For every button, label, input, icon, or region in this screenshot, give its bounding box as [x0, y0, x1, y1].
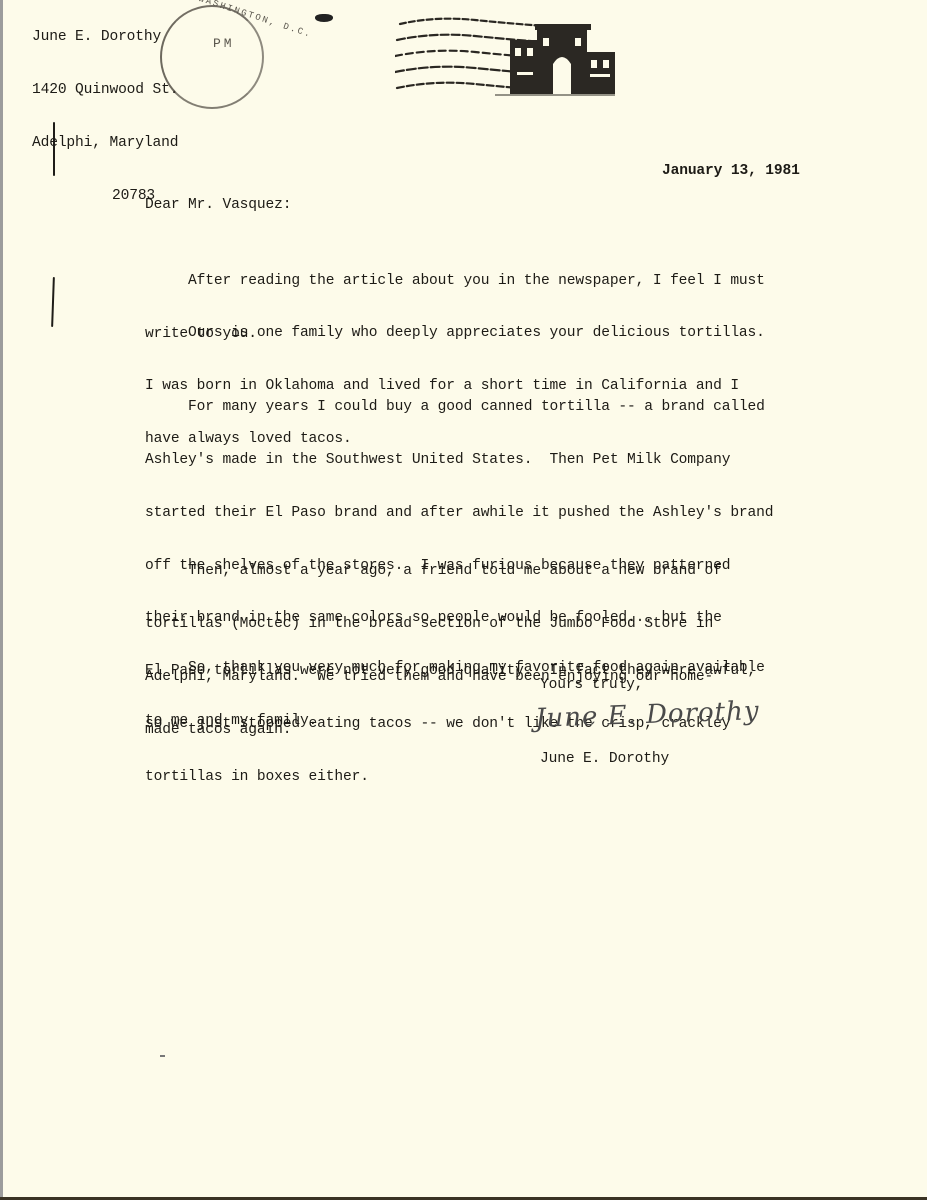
- page-left-edge: [0, 0, 3, 1200]
- return-address: June E. Dorothy 1420 Quinwood St. Adelph…: [32, 0, 178, 223]
- closing: Yours truly,: [540, 677, 643, 695]
- paragraph-line: Ours is one family who deeply appreciate…: [145, 325, 765, 343]
- building-cancellation-stamp-icon: [395, 12, 615, 97]
- letter-date: January 13, 1981: [662, 163, 800, 181]
- paragraph-line: tortillas in boxes either.: [145, 769, 773, 787]
- margin-mark: [53, 122, 55, 176]
- paper-speck: [160, 1055, 165, 1057]
- typed-signer-name: June E. Dorothy: [540, 751, 669, 769]
- margin-mark: [51, 277, 55, 327]
- paragraph-line: Then, almost a year ago, a friend told m…: [145, 563, 722, 581]
- salutation: Dear Mr. Vasquez:: [145, 197, 291, 215]
- postmark-circle-icon: [160, 5, 264, 109]
- return-address-street: 1420 Quinwood St.: [32, 82, 178, 100]
- paragraph-line: So, thank you very much for making my fa…: [145, 660, 765, 678]
- postmark-time: PM: [213, 36, 235, 51]
- paragraph-line: For many years I could buy a good canned…: [145, 399, 773, 417]
- ink-blot-mark: [315, 14, 333, 22]
- paragraph-line: After reading the article about you in t…: [145, 273, 765, 291]
- paragraph-5: So, thank you very much for making my fa…: [145, 625, 765, 748]
- paragraph-line: Ashley's made in the Southwest United St…: [145, 452, 773, 470]
- return-address-name: June E. Dorothy: [32, 29, 178, 47]
- paragraph-line: started their El Paso brand and after aw…: [145, 505, 773, 523]
